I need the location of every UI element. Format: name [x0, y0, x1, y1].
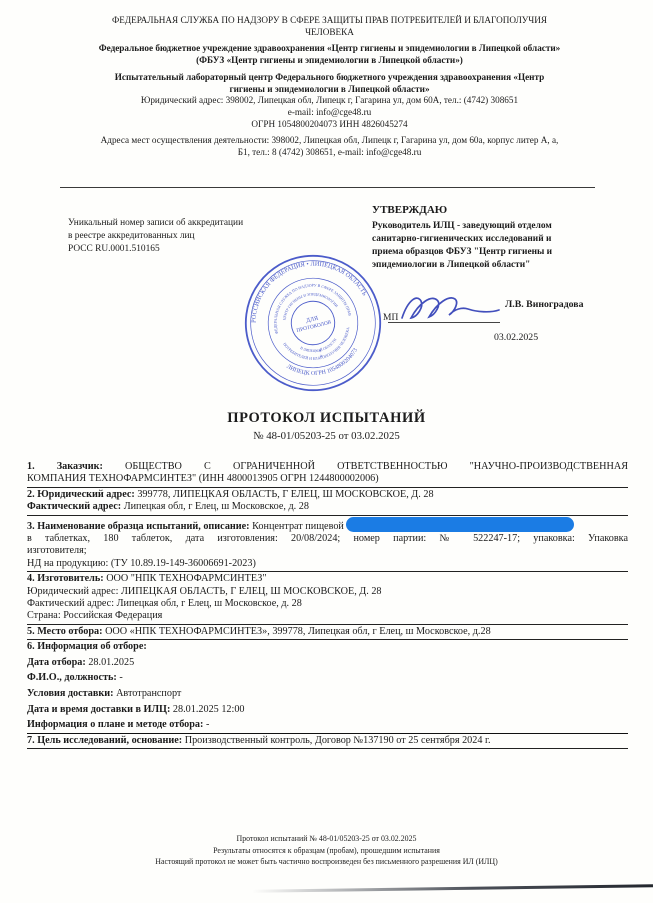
- separator-line: [27, 733, 628, 734]
- accreditation-line: в реестре аккредитованных лиц: [68, 230, 243, 243]
- section-row: Информация о плане и методе отбора: -: [27, 719, 628, 731]
- section-row: Ф.И.О., должность: -: [27, 672, 628, 684]
- separator-line: [27, 515, 628, 516]
- section-row: 7. Цель исследований, основание: Произво…: [27, 735, 628, 747]
- separator-line: [27, 487, 628, 488]
- header-line: (ФБУЗ «Центр гигиены и эпидемиологии в Л…: [34, 55, 625, 67]
- field-value: НД на продукцию: (ТУ 10.89.19-149-360066…: [27, 558, 256, 569]
- accreditation-line: Уникальный номер записи об аккредитации: [68, 217, 243, 230]
- sections: 1. Заказчик: ОБЩЕСТВО С ОГРАНИЧЕННОЙ ОТВ…: [27, 461, 628, 750]
- field-value: 28.01.2025 12:00: [173, 704, 245, 715]
- field-value: КОМПАНИЯ ТЕХНОФАРМСИНТЕЗ" (ИНН 480001390…: [27, 473, 379, 484]
- scan-artifact-line: [252, 884, 653, 892]
- field-value: Автотранспорт: [116, 688, 181, 699]
- field-value: Фактический адрес: Липецкая обл, г Елец,…: [27, 598, 302, 609]
- field-label: Условия доставки:: [27, 688, 116, 699]
- field-label: 6. Информация об отборе:: [27, 641, 147, 652]
- approval-line: санитарно-гигиенических исследований и: [372, 233, 632, 246]
- header-line: Федеральное бюджетное учреждение здравоо…: [34, 43, 625, 55]
- field-label: Информация о плане и методе отбора:: [27, 719, 206, 730]
- field-value: 28.01.2025: [88, 657, 134, 668]
- field-label: 3. Наименование образца испытаний, описа…: [27, 521, 252, 532]
- field-value: Производственный контроль, Договор №1371…: [185, 735, 491, 746]
- protocol-document: ФЕДЕРАЛЬНАЯ СЛУЖБА ПО НАДЗОРУ В СФЕРЕ ЗА…: [0, 0, 653, 903]
- separator-line: [27, 624, 628, 625]
- header-line: Испытательный лабораторный центр Федерал…: [34, 72, 625, 84]
- field-label: Фактический адрес:: [27, 501, 124, 512]
- redaction-box: [346, 517, 574, 532]
- section-row: 2. Юридический адрес: 399778, ЛИПЕЦКАЯ О…: [27, 489, 628, 501]
- footer-line: Настоящий протокол не может быть частичн…: [0, 856, 653, 868]
- signature: [398, 291, 503, 324]
- document-number: № 48-01/05203-25 от 03.02.2025: [0, 430, 653, 442]
- header-line: Адреса мест осуществления деятельности: …: [34, 135, 625, 147]
- accreditation-block: Уникальный номер записи об аккредитации …: [68, 217, 243, 256]
- section-row: Фактический адрес: Липецкая обл, г Елец,…: [27, 598, 628, 610]
- section-row: 3. Наименование образца испытаний, описа…: [27, 517, 628, 533]
- field-value: -: [206, 719, 209, 730]
- header-line: ОГРН 1054800204073 ИНН 4826045274: [34, 119, 625, 131]
- section-row: Условия доставки: Автотранспорт: [27, 688, 628, 700]
- header-line: Юридический адрес: 398002, Липецкая обл,…: [34, 95, 625, 107]
- field-value: Страна: Российская Федерация: [27, 610, 162, 621]
- approval-line: приема образцов ФБУЗ "Центр гигиены и: [372, 246, 632, 259]
- accreditation-line: РОСС RU.0001.510165: [68, 243, 243, 256]
- section-row: в таблетках, 180 таблеток, дата изготовл…: [27, 533, 628, 545]
- approval-block: УТВЕРЖДАЮ Руководитель ИЛЦ - заведующий …: [372, 204, 632, 272]
- field-label: Дата отбора:: [27, 657, 88, 668]
- header-line: e-mail: info@cge48.ru: [34, 107, 625, 119]
- section-row: 4. Изготовитель: ООО "НПК ТЕХНОФАРМСИНТЕ…: [27, 573, 628, 585]
- section-row: КОМПАНИЯ ТЕХНОФАРМСИНТЕЗ" (ИНН 480001390…: [27, 473, 628, 485]
- section-row: изготовителя;: [27, 545, 628, 557]
- field-label: Ф.И.О., должность:: [27, 672, 119, 683]
- field-value: в таблетках, 180 таблеток, дата изготовл…: [27, 533, 628, 544]
- approval-line: Руководитель ИЛЦ - заведующий отделом: [372, 220, 632, 233]
- field-label: Дата и время доставки в ИЛЦ:: [27, 704, 173, 715]
- header-line: гигиены и эпидемиологии в Липецкой облас…: [34, 84, 625, 96]
- section-row: Юридический адрес: ЛИПЕЦКАЯ ОБЛАСТЬ, Г Е…: [27, 586, 628, 598]
- field-value: Юридический адрес: ЛИПЕЦКАЯ ОБЛАСТЬ, Г Е…: [27, 586, 382, 597]
- separator-line: [27, 748, 628, 749]
- field-value: изготовителя;: [27, 545, 87, 556]
- field-label: 5. Место отбора:: [27, 626, 105, 637]
- header-line: ЧЕЛОВЕКА: [34, 27, 625, 39]
- section-row: Дата отбора: 28.01.2025: [27, 657, 628, 669]
- field-label: 7. Цель исследований, основание:: [27, 735, 185, 746]
- section-row: НД на продукцию: (ТУ 10.89.19-149-360066…: [27, 558, 628, 570]
- approval-line: эпидемиологии в Липецкой области": [372, 259, 632, 272]
- header-line: Б1, тел.: 8 (4742) 308651, e-mail: info@…: [34, 147, 625, 159]
- section-row: 6. Информация об отборе:: [27, 641, 628, 653]
- signer-name: Л.В. Виноградова: [505, 299, 584, 310]
- title-block: ПРОТОКОЛ ИСПЫТАНИЙ № 48-01/05203-25 от 0…: [0, 410, 653, 442]
- header-rule: [60, 187, 595, 188]
- section-row: 5. Место отбора: ООО «НПК ТЕХНОФАРМСИНТЕ…: [27, 626, 628, 638]
- approval-title: УТВЕРЖДАЮ: [372, 204, 632, 217]
- field-label: 2. Юридический адрес:: [27, 489, 137, 500]
- document-footer: Протокол испытаний № 48-01/05203-25 от 0…: [0, 833, 653, 868]
- signature-line: [388, 322, 500, 323]
- header-line: ФЕДЕРАЛЬНАЯ СЛУЖБА ПО НАДЗОРУ В СФЕРЕ ЗА…: [34, 15, 625, 27]
- field-value: Концентрат пищевой: [252, 521, 346, 532]
- section-row: Страна: Российская Федерация: [27, 610, 628, 622]
- field-value: 399778, ЛИПЕЦКАЯ ОБЛАСТЬ, Г ЕЛЕЦ, Ш МОСК…: [137, 489, 433, 500]
- field-value: Липецкая обл, г Елец, ш Московское, д. 2…: [124, 501, 309, 512]
- field-label: 4. Изготовитель:: [27, 573, 106, 584]
- field-value: ООО "НПК ТЕХНОФАРМСИНТЕЗ": [106, 573, 266, 584]
- document-title: ПРОТОКОЛ ИСПЫТАНИЙ: [0, 410, 653, 427]
- footer-line: Протокол испытаний № 48-01/05203-25 от 0…: [0, 833, 653, 845]
- separator-line: [27, 639, 628, 640]
- section-row: Фактический адрес: Липецкая обл, г Елец,…: [27, 501, 628, 513]
- footer-line: Результаты относятся к образцам (пробам)…: [0, 845, 653, 857]
- field-label: 1. Заказчик:: [27, 461, 125, 472]
- field-value: -: [119, 672, 122, 683]
- field-value: ООО «НПК ТЕХНОФАРМСИНТЕЗ», 399778, Липец…: [105, 626, 491, 637]
- approval-date: 03.02.2025: [494, 332, 538, 343]
- section-row: Дата и время доставки в ИЛЦ: 28.01.2025 …: [27, 704, 628, 716]
- field-value: ОБЩЕСТВО С ОГРАНИЧЕННОЙ ОТВЕТСТВЕННОСТЬЮ…: [125, 461, 628, 472]
- separator-line: [27, 571, 628, 572]
- document-header: ФЕДЕРАЛЬНАЯ СЛУЖБА ПО НАДЗОРУ В СФЕРЕ ЗА…: [34, 15, 625, 159]
- section-row: 1. Заказчик: ОБЩЕСТВО С ОГРАНИЧЕННОЙ ОТВ…: [27, 461, 628, 473]
